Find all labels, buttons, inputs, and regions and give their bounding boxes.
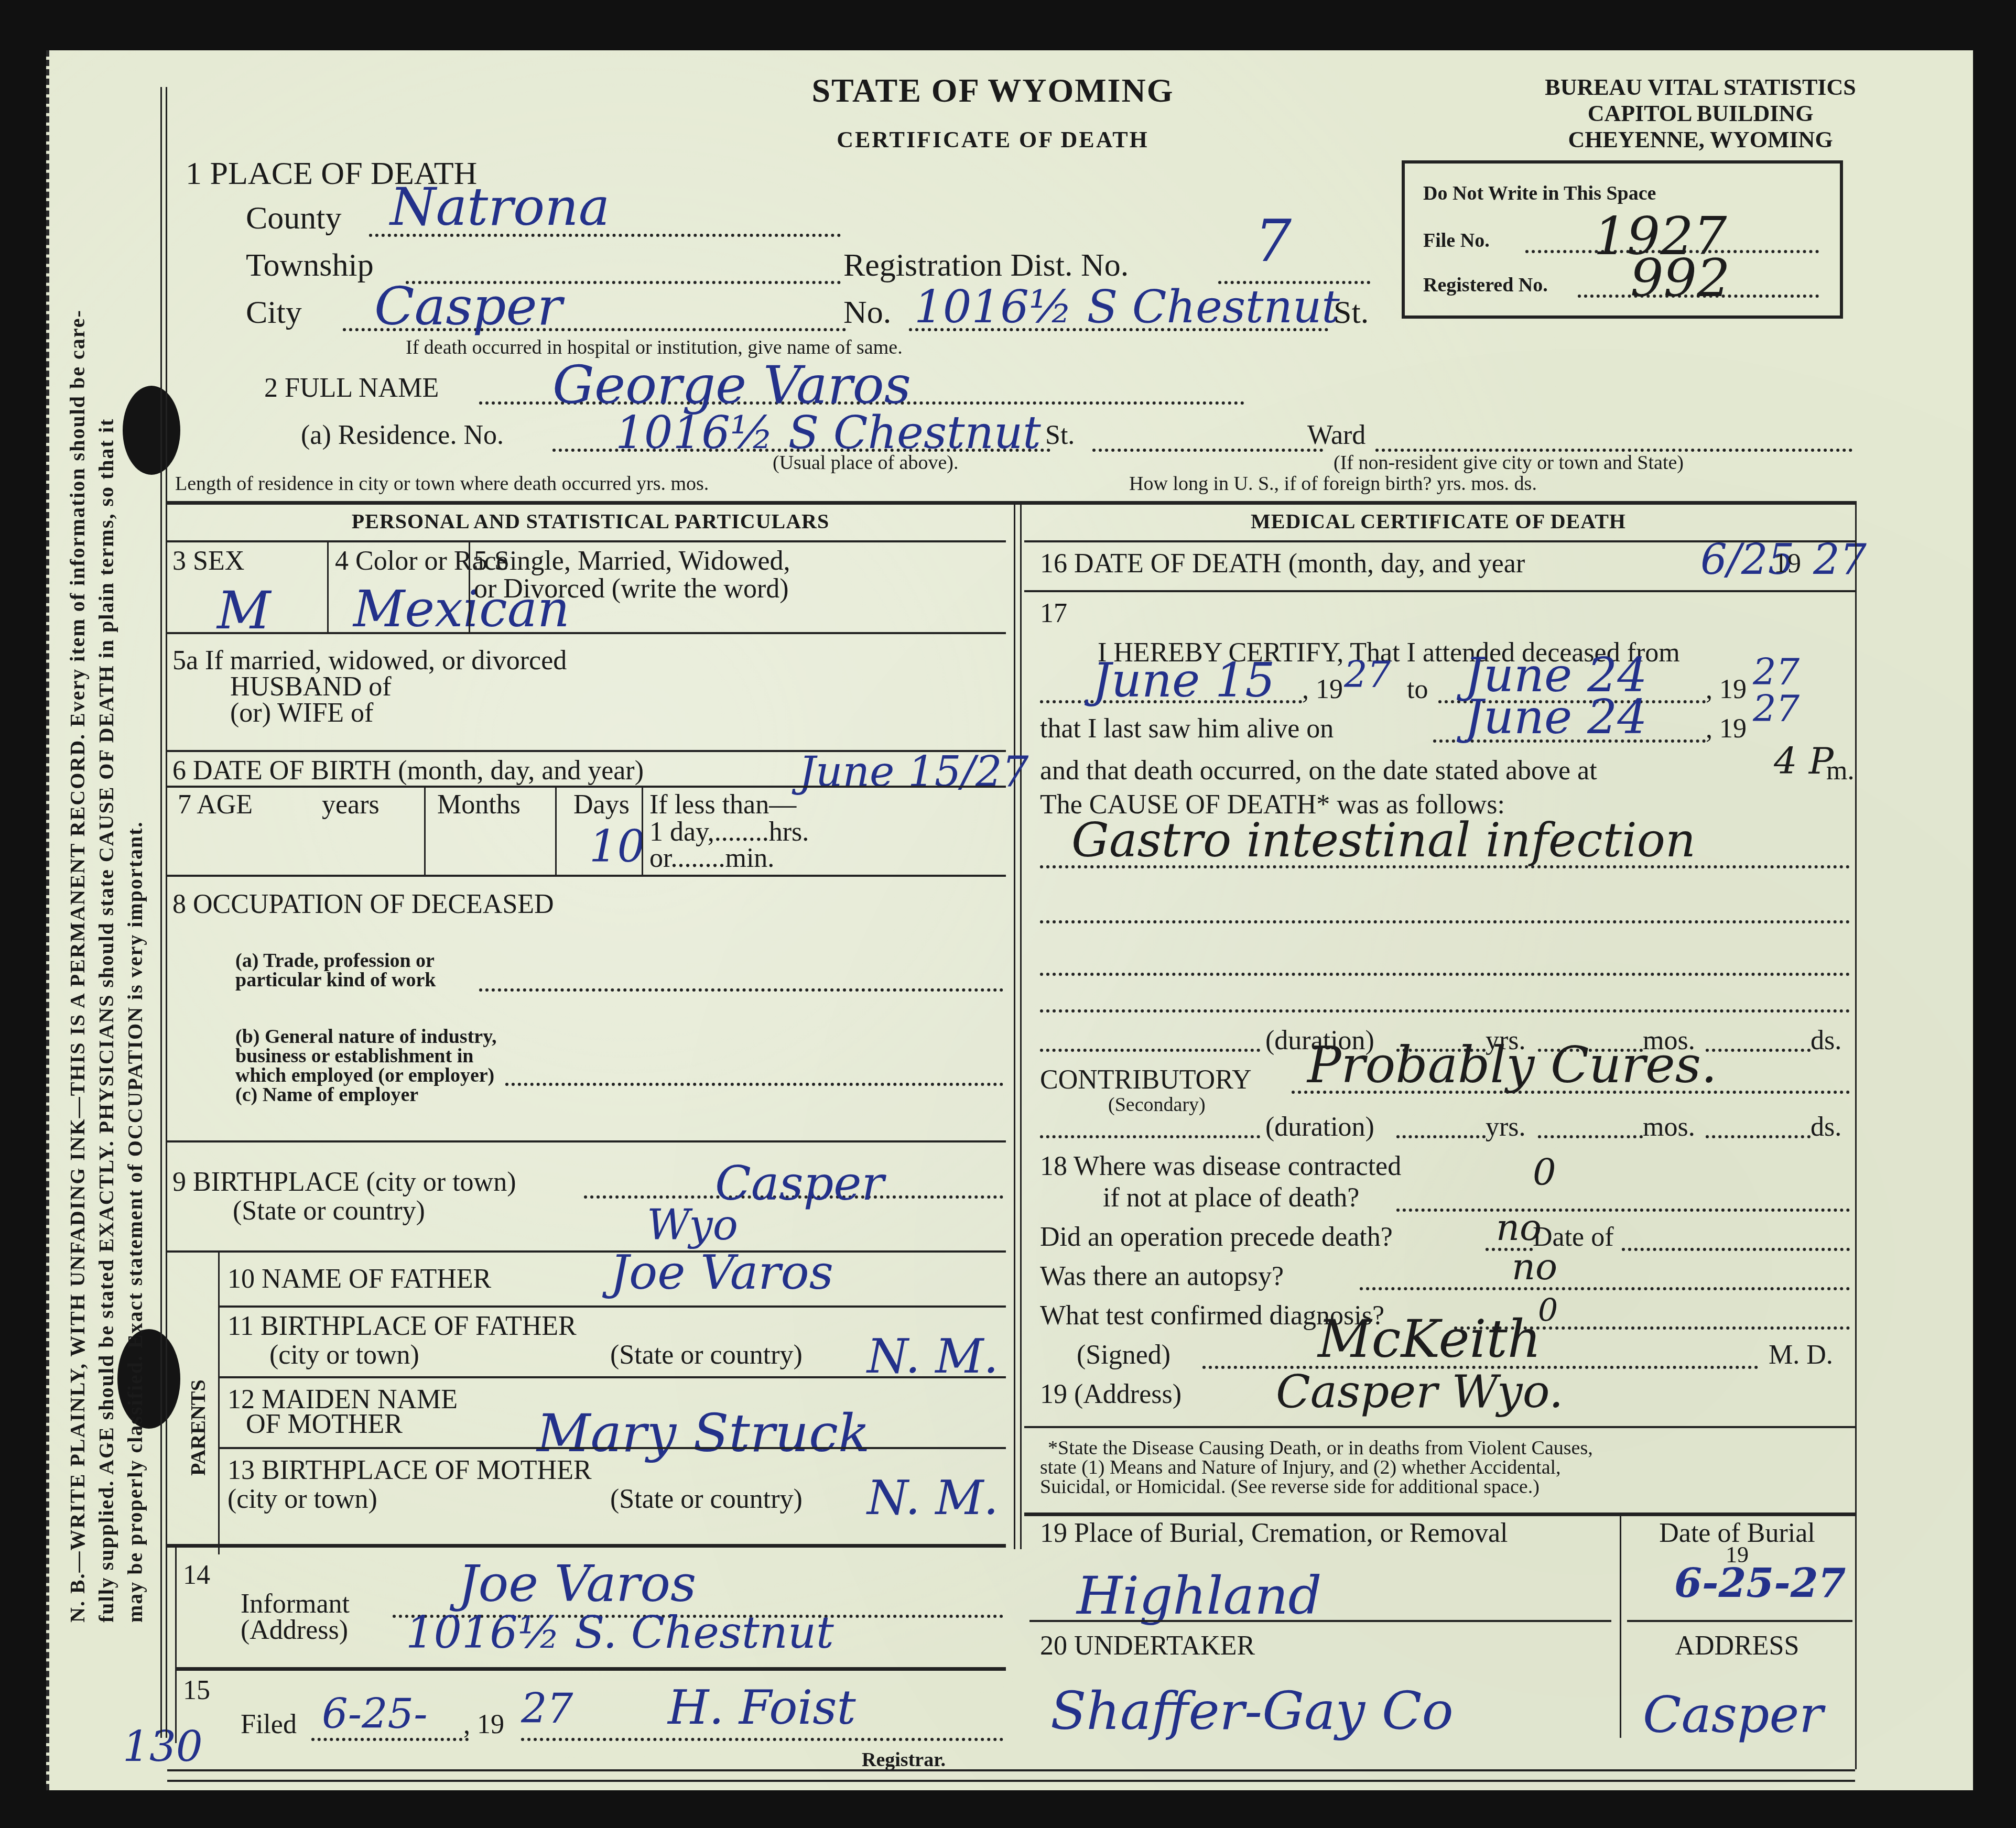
days-value[interactable]: 10 — [589, 821, 645, 872]
registration-dist-value[interactable]: 7 — [1255, 208, 1292, 275]
registration-dist-label: Registration Dist. No. — [843, 247, 1129, 284]
ds-label-2: ds. — [1811, 1112, 1841, 1142]
file-no-label: File No. — [1423, 229, 1490, 252]
ds-label-1: ds. — [1811, 1025, 1841, 1056]
ward-label: Ward — [1307, 420, 1365, 451]
operation-label: Did an operation precede death? — [1040, 1222, 1393, 1253]
signed-label: (Signed) — [1077, 1340, 1170, 1370]
yrs-label-2: yrs. — [1486, 1112, 1526, 1142]
contributory-sub: (Secondary) — [1108, 1093, 1206, 1116]
informant-address-value[interactable]: 1016½ S. Chestnut — [406, 1607, 834, 1658]
mother-bp-city-label: (city or town) — [227, 1484, 377, 1515]
state-title: STATE OF WYOMING — [626, 71, 1360, 110]
office-use-box: Do Not Write in This Space File No. 1927… — [1402, 160, 1843, 319]
residence-st: St. — [1045, 420, 1075, 451]
punch-hole-top — [123, 386, 180, 475]
months-label: Months — [437, 789, 521, 820]
mother-bp-value[interactable]: N. M. — [867, 1471, 999, 1526]
certificate-paper: N. B.—WRITE PLAINLY, WITH UNFADING INK—T… — [46, 50, 1973, 1790]
less-than-3: or........min. — [649, 843, 774, 874]
father-bp-state-label: (State or country) — [610, 1340, 803, 1370]
city-value[interactable]: Casper — [374, 276, 562, 337]
burial-address-label: ADDRESS — [1622, 1630, 1852, 1661]
contributory-label: CONTRIBUTORY — [1040, 1064, 1252, 1095]
informant-num: 14 — [183, 1560, 210, 1591]
county-label: County — [246, 200, 342, 237]
informant-value[interactable]: Joe Varos — [458, 1554, 696, 1613]
marital-label-2: or Divorced (write the word) — [474, 573, 789, 604]
filed-num: 15 — [183, 1675, 210, 1706]
registrar-signature[interactable]: H. Foist — [668, 1680, 856, 1735]
filed-year-value[interactable]: 27 — [521, 1685, 573, 1733]
father-bp-label: 11 BIRTHPLACE OF FATHER — [227, 1311, 577, 1342]
last-saw-year-prefix: , 19 — [1706, 713, 1747, 744]
county-value[interactable]: Natrona — [390, 176, 610, 237]
age-label: 7 AGE — [178, 789, 253, 820]
dob-value[interactable]: June 15/27 — [799, 747, 1028, 796]
mother-label-2: OF MOTHER — [246, 1409, 403, 1440]
birthplace-state-value[interactable]: Wyo — [647, 1201, 738, 1249]
length-residence-label: Length of residence in city or town wher… — [175, 472, 709, 495]
mother-bp-label: 13 BIRTHPLACE OF MOTHER — [227, 1455, 592, 1486]
bureau-line3: CHEYENNE, WYOMING — [1491, 126, 1910, 153]
residence-label: (a) Residence. No. — [301, 420, 504, 451]
usual-place-note: (Usual place of above). — [773, 451, 959, 474]
left-rule-2 — [166, 87, 167, 1738]
to-label: to — [1407, 674, 1428, 705]
cause-value[interactable]: Gastro intestinal infection — [1071, 813, 1696, 868]
certificate-title: CERTIFICATE OF DEATH — [626, 126, 1360, 153]
street-suffix: St. — [1334, 294, 1369, 331]
birthplace-label: 9 BIRTHPLACE (city or town) — [172, 1167, 516, 1198]
margin-notice-line3: may be properly classified. Exact statem… — [123, 821, 147, 1623]
filed-value[interactable]: 6-25- — [322, 1691, 428, 1738]
death-time-value[interactable]: 4 P — [1774, 739, 1834, 782]
address-value[interactable]: Casper Wyo. — [1276, 1366, 1563, 1418]
years-label: years — [322, 789, 380, 820]
street-value[interactable]: 1016½ S Chestnut — [914, 281, 1340, 333]
item-17: 17 — [1040, 598, 1067, 629]
autopsy-label: Was there an autopsy? — [1040, 1261, 1284, 1292]
contributory-value[interactable]: Probably Cures. — [1307, 1036, 1717, 1094]
personal-section-title: PERSONAL AND STATISTICAL PARTICULARS — [167, 509, 1014, 534]
township-label: Township — [246, 247, 374, 284]
sex-label: 3 SEX — [172, 546, 244, 576]
occupation-label: 8 OCCUPATION OF DECEASED — [172, 889, 554, 920]
burial-place-value[interactable]: Highland — [1077, 1565, 1322, 1626]
medical-section-title: MEDICAL CERTIFICATE OF DEATH — [1022, 509, 1855, 534]
father-bp-city-label: (city or town) — [269, 1340, 419, 1370]
registered-no-label: Registered No. — [1423, 274, 1548, 297]
last-saw-year[interactable]: 27 — [1753, 687, 1800, 730]
signed-value[interactable]: McKeith — [1318, 1308, 1541, 1369]
bureau-line1: BUREAU VITAL STATISTICS — [1491, 74, 1910, 101]
less-than-1: If less than— — [649, 789, 796, 820]
q18-value[interactable]: 0 — [1533, 1151, 1556, 1194]
filed-label: Filed — [241, 1709, 297, 1740]
filed-year-prefix: , 19 — [463, 1709, 504, 1740]
address-label: 19 (Address) — [1040, 1379, 1182, 1410]
attended-to-year-prefix: , 19 — [1706, 674, 1747, 705]
father-value[interactable]: Joe Varos — [610, 1245, 833, 1300]
father-label: 10 NAME OF FATHER — [227, 1264, 491, 1294]
street-no-label: No. — [843, 294, 891, 331]
margin-notice-line1: N. B.—WRITE PLAINLY, WITH UNFADING INK—T… — [65, 309, 90, 1623]
dob-label: 6 DATE OF BIRTH (month, day, and year) — [172, 755, 644, 786]
autopsy-value[interactable]: no — [1512, 1245, 1557, 1288]
q18-label-2: if not at place of death? — [1103, 1182, 1359, 1213]
dod-year-value[interactable]: 27 — [1813, 535, 1867, 584]
burial-place-label: 19 Place of Burial, Cremation, or Remova… — [1040, 1518, 1508, 1549]
office-box-heading: Do Not Write in This Space — [1423, 182, 1656, 205]
attended-from-year[interactable]: 27 — [1344, 653, 1391, 696]
how-long-us-label: How long in U. S., if of foreign birth? … — [1129, 472, 1537, 495]
marital-label-1: 5 Single, Married, Widowed, — [474, 546, 790, 576]
nonresident-note: (If non-resident give city or town and S… — [1334, 451, 1684, 474]
occ-c: (c) Name of employer — [235, 1083, 418, 1106]
md-label: M. D. — [1769, 1340, 1833, 1370]
city-label: City — [246, 294, 302, 331]
margin-notice-line2: fully supplied. AGE should be stated EXA… — [94, 418, 118, 1623]
center-divider — [1014, 501, 1015, 1549]
birthplace-state-label: (State or country) — [233, 1195, 425, 1226]
last-saw-label: that I last saw him alive on — [1040, 713, 1334, 744]
days-label: Days — [573, 789, 630, 820]
left-rule-1 — [160, 87, 162, 1738]
dod-label: 16 DATE OF DEATH (month, day, and year — [1040, 548, 1525, 579]
q18-label-1: 18 Where was disease contracted — [1040, 1151, 1401, 1182]
burial-date-value[interactable]: 6-25-27 — [1674, 1560, 1846, 1606]
dod-year-prefix: 19 — [1774, 548, 1801, 579]
parents-side-label: PARENTS — [186, 1379, 210, 1476]
margin-number: 130 — [123, 1722, 203, 1771]
death-time-label: and that death occurred, on the date sta… — [1040, 755, 1597, 786]
attended-from-year-prefix: , 19 — [1302, 674, 1343, 705]
attended-from-value[interactable]: June 15 — [1092, 653, 1275, 708]
registrar-label: Registrar. — [862, 1748, 946, 1771]
footnote-3: Suicidal, or Homicidal. (See reverse sid… — [1040, 1475, 1540, 1498]
mos-label-2: mos. — [1643, 1112, 1695, 1142]
burial-address-value[interactable]: Casper — [1643, 1685, 1823, 1744]
occ-a-2: particular kind of work — [235, 969, 436, 992]
full-name-label: 2 FULL NAME — [264, 373, 439, 404]
death-time-suffix: m. — [1826, 755, 1854, 786]
informant-address-label: (Address) — [241, 1615, 348, 1646]
undertaker-label: 20 UNDERTAKER — [1040, 1630, 1255, 1661]
spouse-label-3: (or) WIFE of — [230, 698, 373, 728]
mother-bp-state-label: (State or country) — [610, 1484, 803, 1515]
last-saw-value[interactable]: June 24 — [1465, 690, 1647, 745]
bureau-line2: CAPITOL BUILDING — [1491, 100, 1910, 127]
birthplace-value[interactable]: Casper — [715, 1156, 884, 1211]
undertaker-value[interactable]: Shaffer-Gay Co — [1050, 1680, 1454, 1742]
duration-label-2: (duration) — [1265, 1112, 1374, 1142]
registered-no-value: 992 — [1630, 247, 1730, 309]
